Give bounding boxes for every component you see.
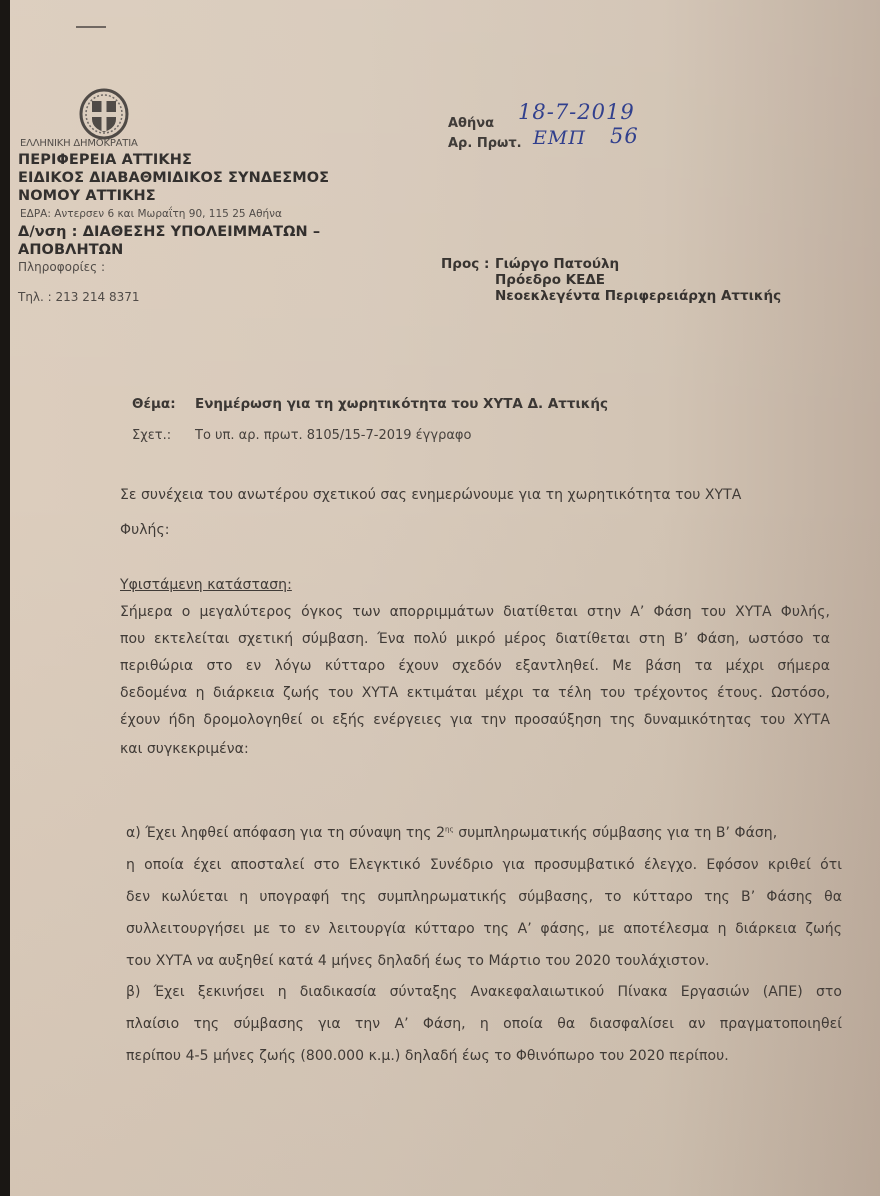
directorate-line1: Δ/νση : ΔΙΑΘΕΣΗΣ ΥΠΟΛΕΙΜΜΑΤΩΝ –: [18, 224, 320, 240]
paragraph-line: και συγκεκριμένα:: [120, 741, 249, 757]
section-heading: Υφιστάμενη κατάσταση:: [120, 577, 292, 593]
region-name: ΠΕΡΙΦΕΡΕΙΑ ΑΤΤΙΚΗΣ: [18, 152, 192, 168]
paragraph-line: Σήμερα ο μεγαλύτερος όγκος των απορριμμά…: [120, 604, 830, 620]
letter-page: ΕΛΛΗΝΙΚΗ ΔΗΜΟΚΡΑΤΙΑ ΠΕΡΙΦΕΡΕΙΑ ΑΤΤΙΚΗΣ Ε…: [10, 0, 880, 1196]
protocol-label: Αρ. Πρωτ.: [448, 136, 522, 151]
republic-label: ΕΛΛΗΝΙΚΗ ΔΗΜΟΚΡΑΤΙΑ: [20, 138, 138, 149]
intro-line: Σε συνέχεια του ανωτέρου σχετικού σας εν…: [120, 487, 741, 503]
directorate-line2: ΑΠΟΒΛΗΤΩΝ: [18, 242, 123, 258]
handwritten-protocol-number: 56: [610, 124, 639, 148]
phone: Τηλ. : 213 214 8371: [18, 290, 140, 304]
handwritten-protocol-prefix: ΕΜΠ: [533, 127, 586, 149]
info-label: Πληροφορίες :: [18, 260, 105, 274]
city-label: Αθήνα: [448, 116, 494, 131]
item-a-line: δεν κωλύεται η υπογραφή της συμπληρωματι…: [126, 889, 842, 905]
paragraph-line: έχουν ήδη δρομολογηθεί οι εξής ενέργειες…: [120, 712, 830, 728]
paragraph-line: δεδομένα η διάρκεια ζωής του ΧΥΤΑ εκτιμά…: [120, 685, 830, 701]
staple-mark: [76, 26, 106, 28]
intro-line: Φυλής:: [120, 522, 170, 538]
reference-label: Σχετ.:: [132, 428, 171, 443]
association-name-line1: ΕΙΔΙΚΟΣ ΔΙΑΒΑΘΜΙΔΙΚΟΣ ΣΥΝΔΕΣΜΟΣ: [18, 170, 329, 186]
to-label: Προς :: [441, 256, 489, 272]
subject-value: Ενημέρωση για τη χωρητικότητα του ΧΥΤΑ Δ…: [195, 396, 608, 412]
item-b-line: πλαίσιο της σύμβασης για την Α’ Φάση, η …: [126, 1016, 842, 1032]
item-b-line: περίπου 4-5 μήνες ζωής (800.000 κ.μ.) δη…: [126, 1048, 729, 1064]
handwritten-date: 18-7-2019: [518, 100, 635, 124]
paragraph-line: που εκτελείται σχετική σύμβαση. Ένα πολύ…: [120, 631, 830, 647]
subject-label: Θέμα:: [132, 396, 176, 412]
recipient-name: Γιώργο Πατούλη: [495, 256, 619, 272]
greek-coat-of-arms-icon: [78, 88, 130, 140]
reference-value: Το υπ. αρ. πρωτ. 8105/15-7-2019 έγγραφο: [195, 428, 471, 443]
item-a-line1: α) Έχει ληφθεί απόφαση για τη σύναψη της…: [126, 825, 842, 841]
recipient-title1: Πρόεδρο ΚΕΔΕ: [495, 272, 605, 288]
paragraph-line: περιθώρια στο εν λόγω κύτταρο έχουν σχεδ…: [120, 658, 830, 674]
item-a-line: του ΧΥΤΑ να αυξηθεί κατά 4 μήνες δηλαδή …: [126, 953, 709, 969]
item-a-line: συλλειτουργήσει με το εν λειτουργία κύττ…: [126, 921, 842, 937]
item-b-line: β) Έχει ξεκινήσει η διαδικασία σύνταξης …: [126, 984, 842, 1000]
address: ΕΔΡΑ: Αντερσεν 6 και Μωραΐτη 90, 115 25 …: [20, 208, 282, 220]
item-a-line: η οποία έχει αποσταλεί στο Ελεγκτικό Συν…: [126, 857, 842, 873]
recipient-title2: Νεοεκλεγέντα Περιφερειάρχη Αττικής: [495, 288, 781, 304]
association-name-line2: ΝΟΜΟΥ ΑΤΤΙΚΗΣ: [18, 188, 156, 204]
